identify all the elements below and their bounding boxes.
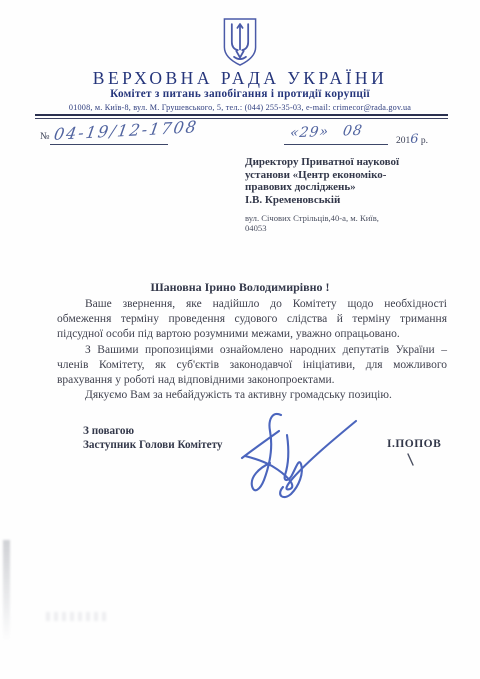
date-day: «29» [289,124,330,141]
scanned-letter-page: ВЕРХОВНА РАДА УКРАЇНИ Комітет з питань з… [0,0,480,679]
committee-name: Комітет з питань запобігання і протидії … [0,88,480,100]
recipient-block: Директору Приватної наукової установи «Ц… [245,156,445,234]
handwritten-signature-scribble [225,402,365,502]
letterhead-address: 01008, м. Київ-8, вул. М. Грушевського, … [0,103,480,112]
organization-title: ВЕРХОВНА РАДА УКРАЇНИ [0,68,480,89]
closing-block: З повагою Заступник Голови Комітету [83,424,223,452]
salutation: Шановна Ірино Володимирівно ! [0,280,480,295]
date-year: 2016 р. [396,132,428,147]
letter-body: Ваше звернення, яке надійшло до Комітету… [57,297,447,403]
date-ruling-line [284,144,388,145]
closing-phrase: З повагою [83,424,223,438]
recipient-name: І.В. Кременовській [245,194,445,207]
reference-number-handwritten: 04-19/12-1708 [53,117,200,144]
reference-number-ruling-line [50,144,168,145]
date-suffix: р. [421,136,428,146]
date-year-handwritten: 6 [410,132,418,147]
date-handwritten: «29»08 [289,123,364,142]
date-year-printed: 201 [396,136,410,146]
ukraine-trident-emblem-icon [0,16,480,73]
pen-tick-mark-icon [404,452,418,468]
recipient-line: установи «Центр економіко- [245,169,445,182]
signer-position: Заступник Голови Комітету [83,438,223,452]
recipient-address-line: 04053 [245,224,445,234]
recipient-line: Директору Приватної наукової [245,156,445,169]
reference-number-label: № [40,131,50,142]
signer-name: І.ПОПОВ [387,438,441,450]
recipient-address-line: вул. Січових Стрільців,40-а, м. Київ, [245,214,445,224]
paragraph: З Вашими пропозиціями ознайомлено народн… [57,343,447,389]
scan-edge-artifact [3,540,10,642]
date-month: 08 [342,123,364,140]
paragraph: Ваше звернення, яке надійшло до Комітету… [57,297,447,343]
recipient-line: правових досліджень» [245,181,445,194]
letterhead-divider [35,114,448,119]
scan-smudge-artifact [46,612,108,621]
